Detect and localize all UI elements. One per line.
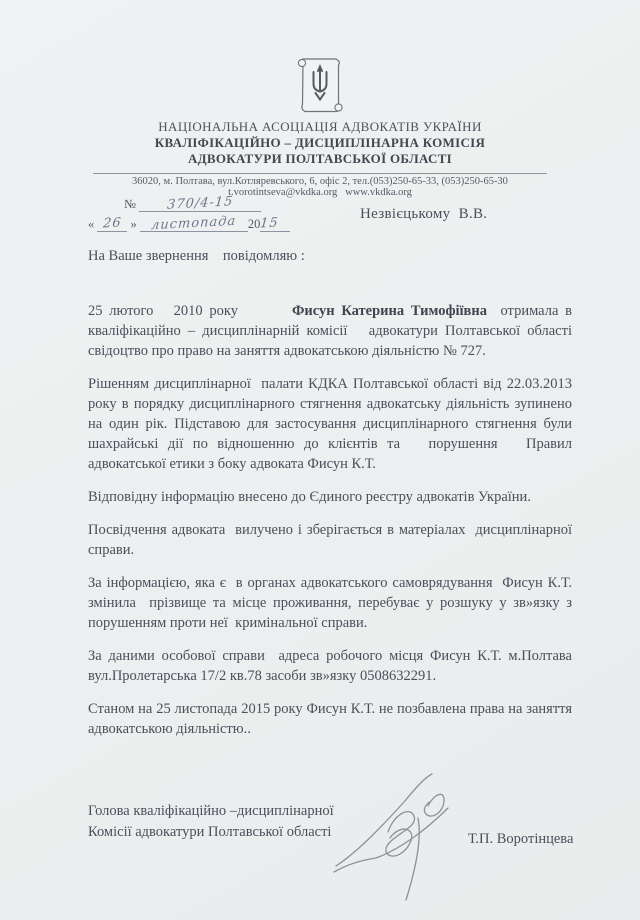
- paragraph-work-address: За даними особової справи адреса робочог…: [88, 646, 572, 686]
- scroll-trident-logo: [291, 54, 349, 116]
- quote-close: »: [131, 217, 137, 231]
- org-name-line2: КВАЛІФІКАЦІЙНО – ДИСЦИПЛІНАРНА КОМІСІЯ: [0, 135, 640, 151]
- org-name-line1: НАЦІОНАЛЬНА АСОЦІАЦІЯ АДВОКАТІВ УКРАЇНИ: [0, 119, 640, 135]
- letterhead: НАЦІОНАЛЬНА АСОЦІАЦІЯ АДВОКАТІВ УКРАЇНИ …: [0, 54, 640, 198]
- reference-block: № 370/4-15 « 26 » листопада2015: [88, 196, 290, 232]
- p1-subject-name: Фисун Катерина Тимофіївна: [292, 303, 487, 319]
- scanned-letter-page: НАЦІОНАЛЬНА АСОЦІАЦІЯ АДВОКАТІВ УКРАЇНИ …: [0, 0, 640, 920]
- salutation: На Ваше звернення повідомляю :: [88, 248, 305, 265]
- handwritten-signature: [332, 768, 462, 908]
- paragraph-current-status: Станом на 25 листопада 2015 року Фисун К…: [88, 699, 572, 739]
- paragraph-suspension: Рішенням дисциплінарної палати КДКА Полт…: [88, 374, 572, 474]
- org-name-line3: АДВОКАТУРИ ПОЛТАВСЬКОЇ ОБЛАСТІ: [0, 151, 640, 167]
- year-blank: 15: [260, 216, 290, 232]
- handwritten-day: 26: [102, 215, 122, 231]
- paragraph-registry: Відповідну інформацію внесено до Єдиного…: [88, 487, 572, 507]
- handwritten-number: 370/4-15: [166, 194, 234, 213]
- day-blank: 26: [97, 216, 127, 232]
- quote-open: «: [88, 217, 94, 231]
- signer-title-line1: Голова кваліфікаційно –дисциплінарної: [88, 801, 334, 822]
- p1-pre: 25 лютого 2010 року: [88, 303, 292, 319]
- letter-body: 25 лютого 2010 року Фисун Катерина Тимоф…: [88, 301, 572, 752]
- handwritten-month: листопада: [151, 214, 237, 234]
- number-label: №: [124, 197, 136, 211]
- letterhead-divider: [93, 173, 547, 174]
- handwritten-year: 15: [260, 215, 280, 231]
- reference-number-line: № 370/4-15: [88, 196, 290, 212]
- paragraph-certificate: 25 лютого 2010 року Фисун Катерина Тимоф…: [88, 301, 572, 361]
- number-blank: 370/4-15: [139, 196, 261, 212]
- addressee: Незвієцькому В.В.: [360, 206, 487, 223]
- paragraph-wanted: За інформацією, яка є в органах адвокатс…: [88, 573, 572, 633]
- signer-title: Голова кваліфікаційно –дисциплінарної Ко…: [88, 801, 334, 843]
- letterhead-address: 36020, м. Полтава, вул.Котляревського, 6…: [0, 176, 640, 187]
- signer-title-line2: Комісії адвокатури Полтавської області: [88, 822, 334, 843]
- reference-date-line: « 26 » листопада2015: [88, 216, 290, 232]
- signer-name: Т.П. Воротінцева: [468, 831, 573, 848]
- paragraph-certificate-withdrawn: Посвідчення адвоката вилучено і зберігає…: [88, 520, 572, 560]
- month-blank: листопада: [140, 216, 248, 232]
